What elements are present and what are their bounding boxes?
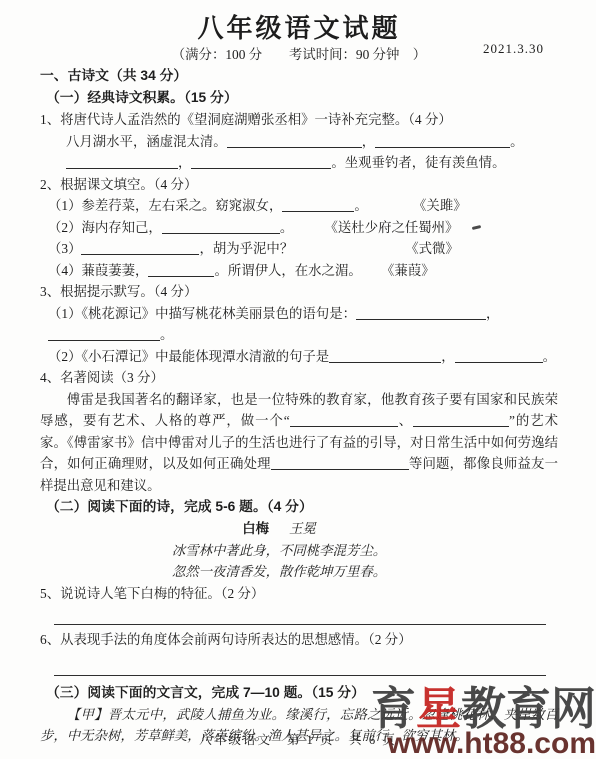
question-5-stem: 5、说说诗人笔下白梅的特征。（2 分） (40, 583, 558, 605)
fill-in-blank (375, 134, 510, 148)
punct: ， (441, 349, 454, 364)
poem-author: 王冕 (289, 521, 316, 536)
question-2-item-4: （4）蒹葭萋萋，。所谓伊人，在水之湄。《蒹葭》 (48, 260, 558, 282)
item-text: （1）参差荇菜，左右采之。窈窕淑女， (48, 198, 282, 213)
punct: 。 (543, 349, 556, 364)
poem-source: 《关雎》 (420, 198, 467, 213)
verse-text: 。坐观垂钓者，徒有羡鱼情。 (331, 155, 505, 170)
fill-in-blank (329, 349, 441, 363)
question-3-stem: 3、根据提示默写。（4 分） (40, 281, 558, 303)
poem-block: 白梅王冕 冰雪林中著此身，不同桃李混芳尘。 忽然一夜清香发，散作乾坤万里春。 (40, 518, 518, 583)
question-2: 2、根据课文填空。（4 分） （1）参差荇菜，左右采之。窈窕淑女，。《关雎》 （… (40, 174, 558, 282)
fill-in-blank (148, 263, 214, 277)
fill-in-blank (162, 220, 280, 234)
question-4-stem: 4、名著阅读（3 分） (40, 367, 558, 389)
fill-in-blank (66, 155, 178, 169)
section-1-heading: 一、古诗文（共 34 分） (40, 65, 558, 87)
fill-in-blank (227, 134, 362, 148)
question-2-item-1: （1）参差荇菜，左右采之。窈窕淑女，。《关雎》 (48, 195, 558, 217)
punct: 。 (160, 327, 173, 342)
page-title: 八年级语文试题 (40, 12, 558, 44)
header: 八年级语文试题 2021.3.30 （满分：100 分 考试时间：90 分钟 ） (40, 12, 558, 65)
punct: 、 (398, 413, 413, 428)
exam-date: 2021.3.30 (483, 38, 544, 60)
question-2-item-3: （3），胡为乎泥中？《式微》 (48, 238, 558, 260)
subsection-1b-heading: （二）阅读下面的诗，完成 5-6 题。（4 分） (46, 496, 558, 518)
item-text: 。所谓伊人，在水之湄。 (214, 263, 361, 278)
fill-in-blank (271, 456, 409, 470)
fill-in-blank (290, 413, 398, 427)
fill-in-blank (81, 241, 199, 255)
subsection-1a-heading: （一）经典诗文积累。（15 分） (46, 87, 558, 109)
punct: ， (362, 134, 375, 149)
watermark-site-name: 育星教育网 (371, 686, 596, 731)
poem-source: 《式微》 (405, 241, 459, 256)
poem-source: 《送杜少府之任蜀州》 (331, 220, 458, 235)
punct: ， (486, 306, 499, 321)
item-text: （2）海内存知己， (48, 220, 162, 235)
question-5: 5、说说诗人笔下白梅的特征。（2 分） (40, 583, 558, 626)
fill-in-blank (413, 413, 509, 427)
question-1-line-2: ，。坐观垂钓者，徒有羡鱼情。 (66, 152, 558, 174)
poem-source: 《蒹葭》 (388, 263, 435, 278)
punct: 。 (280, 220, 293, 235)
question-4-passage: 傅雷是我国著名的翻译家，也是一位特殊的教育家，他教育孩子要有国家和民族荣辱感，要… (40, 389, 558, 497)
poem-line: 冰雪林中著此身，不同桃李混芳尘。 (40, 540, 518, 562)
item-text: （2）《小石潭记》中最能体现潭水清澈的句子是 (48, 349, 329, 364)
watermark: 育星教育网 www.ht88.com (371, 686, 596, 759)
item-text: ，胡为乎泥中？ (199, 241, 293, 256)
item-text: （3） (48, 241, 81, 256)
fill-in-blank (191, 155, 331, 169)
item-text: （4）蒹葭萋萋， (48, 263, 148, 278)
question-1: 1、将唐代诗人孟浩然的《望洞庭湖赠张丞相》一诗补充完整。（4 分） 八月湖水平，… (40, 109, 558, 174)
question-1-line-1: 八月湖水平，涵虚混太清。，。 (66, 131, 558, 153)
fill-in-blank (48, 327, 160, 341)
question-2-item-2: （2）海内存知己，。《送杜少府之任蜀州》 (48, 217, 558, 239)
poem-line: 忽然一夜清香发，散作乾坤万里春。 (40, 561, 518, 583)
question-6-stem: 6、从表现手法的角度体会前两句诗所表达的思想感情。（2 分） (40, 629, 558, 651)
punct: 。 (354, 198, 367, 213)
fill-in-blank (455, 349, 543, 363)
question-1-stem: 1、将唐代诗人孟浩然的《望洞庭湖赠张丞相》一诗补充完整。（4 分） (40, 109, 558, 131)
pen-mark-icon (472, 224, 481, 229)
exam-page: 八年级语文试题 2021.3.30 （满分：100 分 考试时间：90 分钟 ）… (0, 0, 596, 759)
poem-title: 白梅 (242, 521, 269, 536)
question-4: 4、名著阅读（3 分） 傅雷是我国著名的翻译家，也是一位特殊的教育家，他教育孩子… (40, 367, 558, 496)
item-text: （1）《桃花源记》中描写桃花林美丽景色的语句是： (48, 306, 356, 321)
question-3-item-2: （2）《小石潭记》中最能体现潭水清澈的句子是，。 (48, 346, 558, 368)
fill-in-blank (282, 198, 354, 212)
question-3-item-1: （1）《桃花源记》中描写桃花林美丽景色的语句是：， (48, 303, 558, 325)
question-2-stem: 2、根据课文填空。（4 分） (40, 174, 558, 196)
question-3-item-1-cont: 。 (48, 324, 558, 346)
fill-in-blank (356, 306, 486, 320)
verse-text: 八月湖水平，涵虚混太清。 (66, 134, 227, 149)
poem-title-row: 白梅王冕 (40, 518, 518, 540)
punct: 。 (510, 134, 523, 149)
question-6: 6、从表现手法的角度体会前两句诗所表达的思想感情。（2 分） (40, 629, 558, 676)
punct: ， (178, 155, 191, 170)
answer-line (54, 675, 546, 676)
question-3: 3、根据提示默写。（4 分） （1）《桃花源记》中描写桃花林美丽景色的语句是：，… (40, 281, 558, 367)
watermark-url: www.ht88.com (371, 729, 596, 759)
answer-line (54, 624, 546, 625)
exam-meta: （满分：100 分 考试时间：90 分钟 ） (40, 45, 558, 65)
